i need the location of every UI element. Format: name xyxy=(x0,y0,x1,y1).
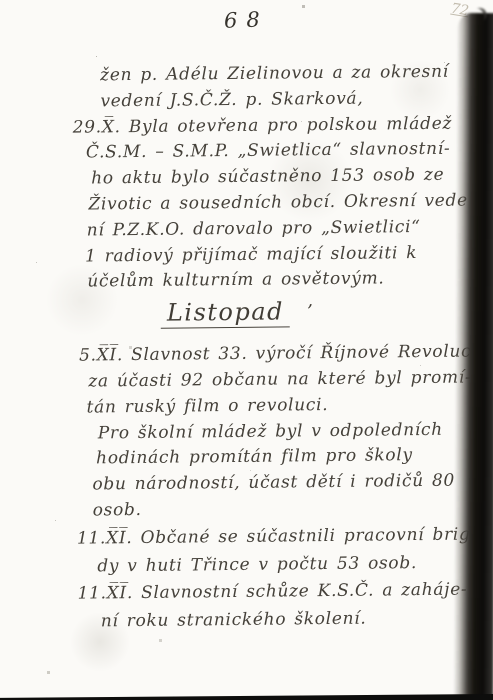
handwritten-line: vedení J.S.Č.Ž. p. Skarková, xyxy=(100,85,470,115)
page-number: 68 xyxy=(224,7,270,33)
handwritten-line: osob. xyxy=(93,494,475,524)
handwritten-line: hodinách promítán film pro školy xyxy=(96,443,474,473)
handwritten-line: ní P.Z.K.O. darovalo pro „Swietlici“ xyxy=(87,214,472,244)
scanned-page: 68 72 žen p. Adélu Zielinovou a za okres… xyxy=(0,0,493,700)
handwritten-line: ní roku stranického školení. xyxy=(101,606,476,636)
handwritten-line: dy v huti Třince v počtu 53 osob. xyxy=(97,550,475,580)
paper-speckles xyxy=(0,0,1,1)
handwritten-line: žen p. Adélu Zielinovou a za okresní xyxy=(100,59,470,89)
handwritten-line: Životic a sousedních obcí. Okresní vede xyxy=(88,188,471,218)
heading-stray-mark: ’ xyxy=(307,299,315,325)
handwritten-line: Č.S.M. – S.M.P. „Swietlica“ slavnostní- xyxy=(86,137,471,167)
handwritten-line: obu národností, účast dětí i rodičů 80 xyxy=(92,469,474,499)
handwriting-block: žen p. Adélu Zielinovou a za okresní ved… xyxy=(0,59,476,636)
binding-shadow xyxy=(453,13,493,700)
handwritten-line: za účasti 92 občanu na které byl promí- xyxy=(88,365,473,395)
handwritten-line: 11.X̅I̅. Občané se súčastnili pracovní b… xyxy=(77,522,475,552)
month-heading-text: Listopad xyxy=(161,300,290,329)
handwritten-line: Pro školní mládež byl v odpoledních xyxy=(98,417,474,447)
handwritten-line: tán ruský film o revoluci. xyxy=(86,391,473,421)
handwritten-line: 1 radiový přijímač mající sloužiti k xyxy=(85,240,472,270)
handwritten-line: účelům kulturním a osvětovým. xyxy=(87,266,472,296)
handwritten-line: ho aktu bylo súčastněno 153 osob ze xyxy=(91,163,471,193)
handwritten-line: 11.X̅I̅. Slavnostní schůze K.S.Č. a zahá… xyxy=(77,578,475,608)
month-heading: Listopad ’ xyxy=(2,298,472,343)
scan-bottom-edge xyxy=(0,694,493,700)
